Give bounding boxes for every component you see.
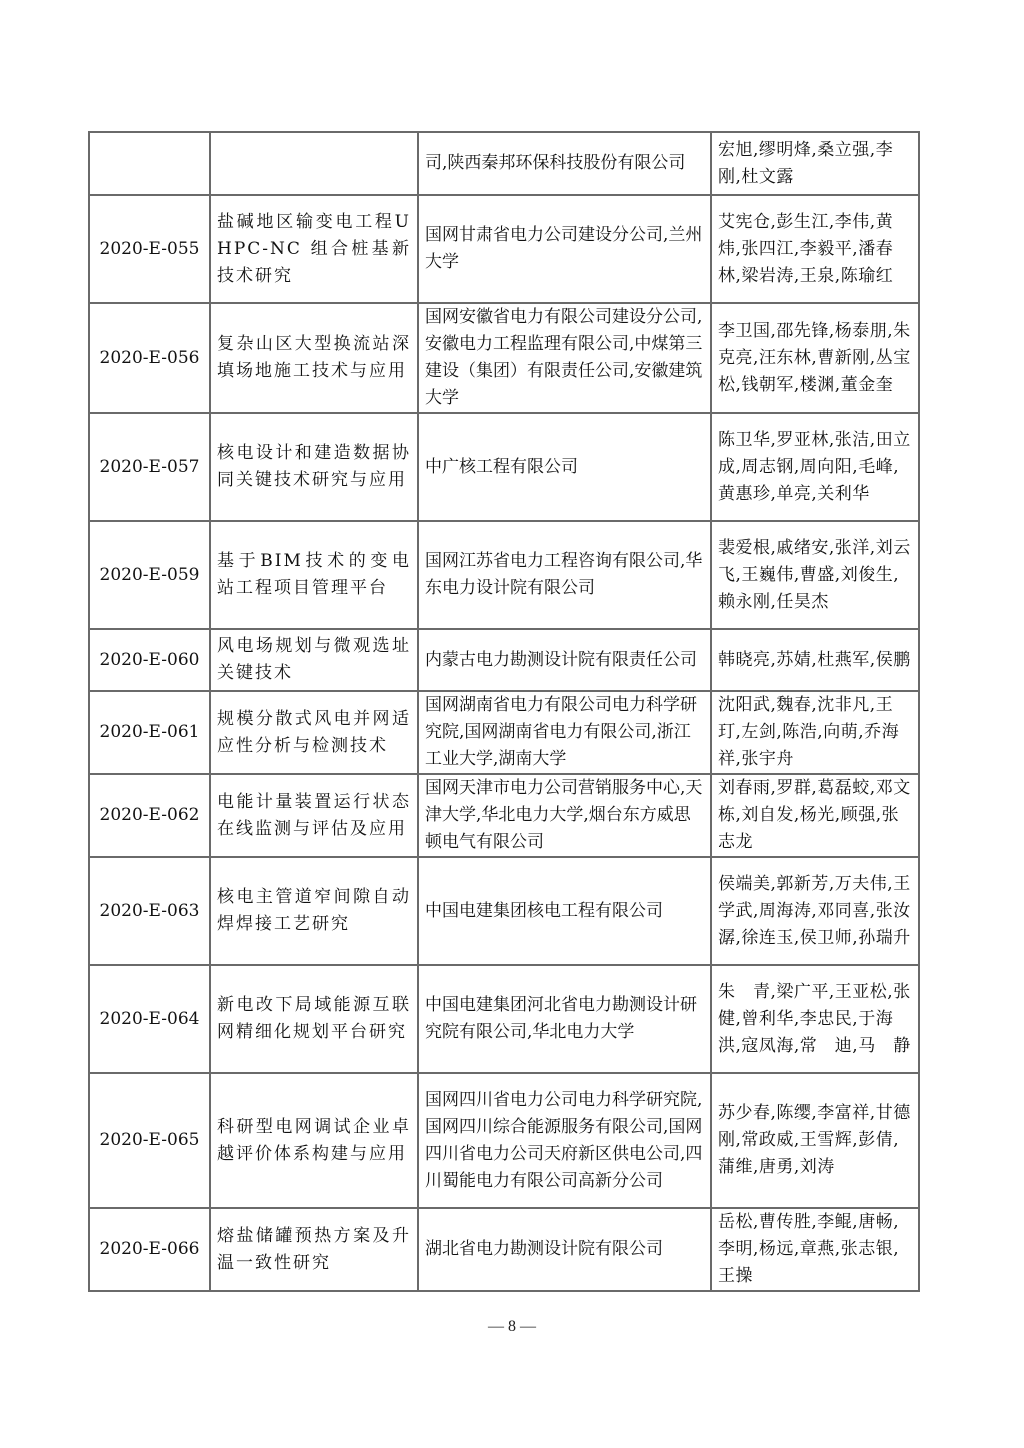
table-row: 2020-E-057 核电设计和建造数据协同关键技术研究与应用 中广核工程有限公…: [89, 413, 919, 521]
participants: 陈卫华,罗亚林,张洁,田立成,周志钢,周向阳,毛峰,黄惠珍,单亮,关利华: [711, 413, 919, 521]
participants: 苏少春,陈缨,李富祥,甘德刚,常政威,王雪辉,彭倩,蒲维,唐勇,刘涛: [711, 1073, 919, 1208]
organizations: 国网天津市电力公司营销服务中心,天津大学,华北电力大学,烟台东方威思顿电气有限公…: [418, 774, 711, 857]
table-row: 2020-E-066 熔盐储罐预热方案及升温一致性研究 湖北省电力勘测设计院有限…: [89, 1208, 919, 1291]
project-title: 风电场规划与微观选址关键技术: [210, 629, 418, 691]
project-title: 复杂山区大型换流站深填场地施工技术与应用: [210, 303, 418, 413]
table-row: 2020-E-056 复杂山区大型换流站深填场地施工技术与应用 国网安徽省电力有…: [89, 303, 919, 413]
table-row: 2020-E-055 盐碱地区输变电工程UHPC-NC 组合桩基新技术研究 国网…: [89, 195, 919, 303]
project-title: 熔盐储罐预热方案及升温一致性研究: [210, 1208, 418, 1291]
page-number: — 8 —: [0, 1318, 1024, 1336]
participants: 韩晓亮,苏婧,杜燕军,侯鹏: [711, 629, 919, 691]
participants: 岳松,曹传胜,李鲲,唐畅,李明,杨远,章燕,张志银,王操: [711, 1208, 919, 1291]
table-row: 司,陕西秦邦环保科技股份有限公司 宏旭,缪明烽,桑立强,李刚,杜文露: [89, 132, 919, 195]
project-code: [89, 132, 210, 195]
participants: 李卫国,邵先锋,杨泰朋,朱克亮,汪东林,曹新刚,丛宝松,钱朝军,楼渊,董金奎: [711, 303, 919, 413]
project-title: 盐碱地区输变电工程UHPC-NC 组合桩基新技术研究: [210, 195, 418, 303]
organizations: 中国电建集团核电工程有限公司: [418, 857, 711, 965]
organizations: 司,陕西秦邦环保科技股份有限公司: [418, 132, 711, 195]
project-code: 2020-E-056: [89, 303, 210, 413]
organizations: 国网江苏省电力工程咨询有限公司,华东电力设计院有限公司: [418, 521, 711, 629]
participants: 宏旭,缪明烽,桑立强,李刚,杜文露: [711, 132, 919, 195]
organizations: 湖北省电力勘测设计院有限公司: [418, 1208, 711, 1291]
table-row: 2020-E-064 新电改下局域能源互联网精细化规划平台研究 中国电建集团河北…: [89, 965, 919, 1073]
table-row: 2020-E-060 风电场规划与微观选址关键技术 内蒙古电力勘测设计院有限责任…: [89, 629, 919, 691]
project-title: [210, 132, 418, 195]
table-row: 2020-E-059 基于BIM技术的变电站工程项目管理平台 国网江苏省电力工程…: [89, 521, 919, 629]
project-code: 2020-E-055: [89, 195, 210, 303]
table-row: 2020-E-063 核电主管道窄间隙自动焊焊接工艺研究 中国电建集团核电工程有…: [89, 857, 919, 965]
participants: 侯端美,郭新芳,万夫伟,王学武,周海涛,邓同喜,张汝潺,徐连玉,侯卫师,孙瑞升: [711, 857, 919, 965]
participants: 艾宪仓,彭生江,李伟,黄炜,张四江,李毅平,潘春林,梁岩涛,王泉,陈瑜红: [711, 195, 919, 303]
awards-table: 司,陕西秦邦环保科技股份有限公司 宏旭,缪明烽,桑立强,李刚,杜文露 2020-…: [88, 131, 920, 1292]
project-title: 核电主管道窄间隙自动焊焊接工艺研究: [210, 857, 418, 965]
table-row: 2020-E-061 规模分散式风电并网适应性分析与检测技术 国网湖南省电力有限…: [89, 691, 919, 774]
project-title: 规模分散式风电并网适应性分析与检测技术: [210, 691, 418, 774]
document-page: 司,陕西秦邦环保科技股份有限公司 宏旭,缪明烽,桑立强,李刚,杜文露 2020-…: [0, 0, 1024, 1448]
organizations: 国网湖南省电力有限公司电力科学研究院,国网湖南省电力有限公司,浙江工业大学,湖南…: [418, 691, 711, 774]
participants: 朱 青,梁广平,王亚松,张 健,曾利华,李忠民,于海洪,寇凤海,常 迪,马 静: [711, 965, 919, 1073]
project-code: 2020-E-062: [89, 774, 210, 857]
project-code: 2020-E-065: [89, 1073, 210, 1208]
project-title: 科研型电网调试企业卓越评价体系构建与应用: [210, 1073, 418, 1208]
organizations: 中广核工程有限公司: [418, 413, 711, 521]
project-code: 2020-E-063: [89, 857, 210, 965]
organizations: 国网四川省电力公司电力科学研究院,国网四川综合能源服务有限公司,国网四川省电力公…: [418, 1073, 711, 1208]
project-code: 2020-E-059: [89, 521, 210, 629]
project-title: 新电改下局域能源互联网精细化规划平台研究: [210, 965, 418, 1073]
project-code: 2020-E-060: [89, 629, 210, 691]
table-row: 2020-E-065 科研型电网调试企业卓越评价体系构建与应用 国网四川省电力公…: [89, 1073, 919, 1208]
project-code: 2020-E-057: [89, 413, 210, 521]
project-title: 核电设计和建造数据协同关键技术研究与应用: [210, 413, 418, 521]
organizations: 国网甘肃省电力公司建设分公司,兰州大学: [418, 195, 711, 303]
organizations: 内蒙古电力勘测设计院有限责任公司: [418, 629, 711, 691]
participants: 沈阳武,魏春,沈非凡,王玎,左剑,陈浩,向萌,乔海祥,张宇舟: [711, 691, 919, 774]
participants: 刘春雨,罗群,葛磊蛟,邓文栋,刘自发,杨光,顾强,张志龙: [711, 774, 919, 857]
organizations: 中国电建集团河北省电力勘测设计研究院有限公司,华北电力大学: [418, 965, 711, 1073]
project-title: 电能计量装置运行状态在线监测与评估及应用: [210, 774, 418, 857]
project-code: 2020-E-061: [89, 691, 210, 774]
participants: 裴爱根,戚绪安,张洋,刘云飞,王巍伟,曹盛,刘俊生,赖永刚,任昊杰: [711, 521, 919, 629]
organizations: 国网安徽省电力有限公司建设分公司,安徽电力工程监理有限公司,中煤第三建设（集团）…: [418, 303, 711, 413]
awards-table-body: 司,陕西秦邦环保科技股份有限公司 宏旭,缪明烽,桑立强,李刚,杜文露 2020-…: [89, 132, 919, 1291]
project-code: 2020-E-066: [89, 1208, 210, 1291]
project-title: 基于BIM技术的变电站工程项目管理平台: [210, 521, 418, 629]
table-row: 2020-E-062 电能计量装置运行状态在线监测与评估及应用 国网天津市电力公…: [89, 774, 919, 857]
project-code: 2020-E-064: [89, 965, 210, 1073]
